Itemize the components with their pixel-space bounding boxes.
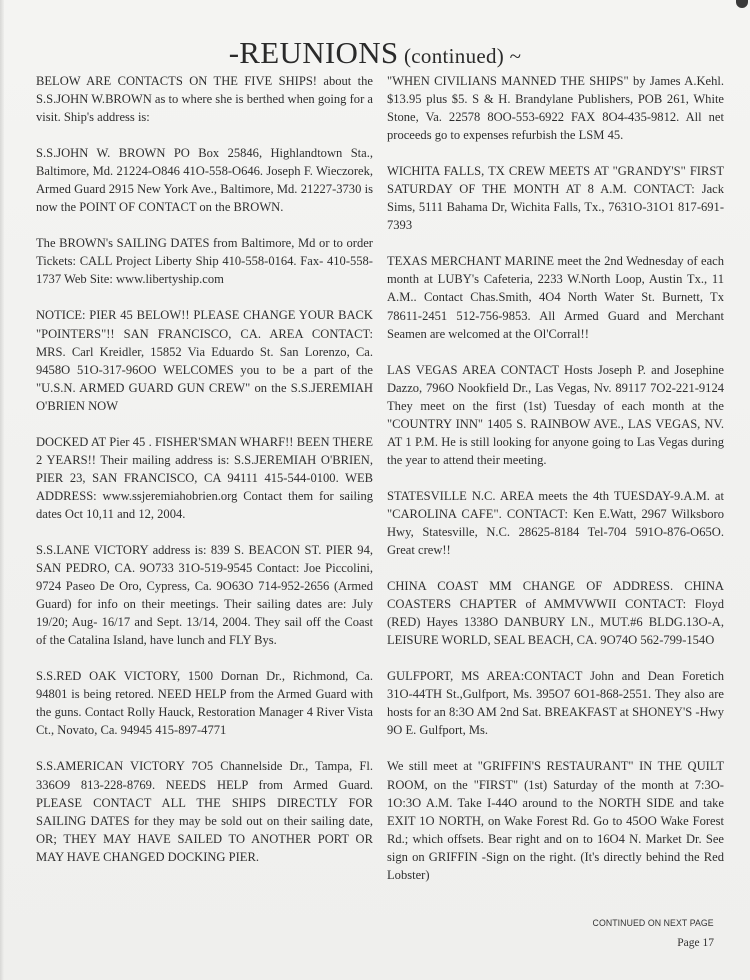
paragraph-jeremiah-obrien: DOCKED AT Pier 45 . FISHER'SMAN WHARF!! … [36, 433, 373, 523]
scan-edge-shadow [0, 0, 4, 980]
paragraph-statesville: STATESVILLE N.C. AREA meets the 4th TUES… [387, 487, 724, 559]
paragraph-red-oak-victory: S.S.RED OAK VICTORY, 1500 Dornan Dr., Ri… [36, 667, 373, 739]
page-number: Page 17 [677, 937, 714, 949]
right-column: "WHEN CIVILIANS MANNED THE SHIPS" by Jam… [387, 72, 724, 902]
paragraph-brown-sailing-dates: The BROWN's SAILING DATES from Baltimore… [36, 234, 373, 288]
newsletter-page: -REUNIONS (continued) ~ BELOW ARE CONTAC… [0, 0, 750, 980]
continued-notice: CONTINUED ON NEXT PAGE [593, 918, 714, 929]
paragraph-five-ships-intro: BELOW ARE CONTACTS ON THE FIVE SHIPS! ab… [36, 72, 373, 126]
paragraph-china-coast: CHINA COAST MM CHANGE OF ADDRESS. CHINA … [387, 577, 724, 649]
scan-corner-mark [736, 0, 748, 8]
paragraph-lane-victory: S.S.LANE VICTORY address is: 839 S. BEAC… [36, 541, 373, 649]
paragraph-griffins-restaurant: We still meet at "GRIFFIN'S RESTAURANT" … [387, 757, 724, 883]
paragraph-civilians-manned-book: "WHEN CIVILIANS MANNED THE SHIPS" by Jam… [387, 72, 724, 144]
page-title-main: -REUNIONS [229, 35, 399, 70]
paragraph-pier-45-notice: NOTICE: PIER 45 BELOW!! PLEASE CHANGE YO… [36, 306, 373, 414]
page-title: -REUNIONS (continued) ~ [0, 36, 750, 73]
page-title-suffix: (continued) ~ [398, 44, 521, 68]
paragraph-john-w-brown-address: S.S.JOHN W. BROWN PO Box 25846, Highland… [36, 144, 373, 216]
paragraph-texas-merchant-marine: TEXAS MERCHANT MARINE meet the 2nd Wedne… [387, 252, 724, 342]
paragraph-american-victory: S.S.AMERICAN VICTORY 7O5 Channelside Dr.… [36, 757, 373, 865]
paragraph-las-vegas: LAS VEGAS AREA CONTACT Hosts Joseph P. a… [387, 361, 724, 469]
paragraph-gulfport: GULFPORT, MS AREA:CONTACT John and Dean … [387, 667, 724, 739]
paragraph-wichita-falls: WICHITA FALLS, TX CREW MEETS AT "GRANDY'… [387, 162, 724, 234]
left-column: BELOW ARE CONTACTS ON THE FIVE SHIPS! ab… [36, 72, 373, 884]
